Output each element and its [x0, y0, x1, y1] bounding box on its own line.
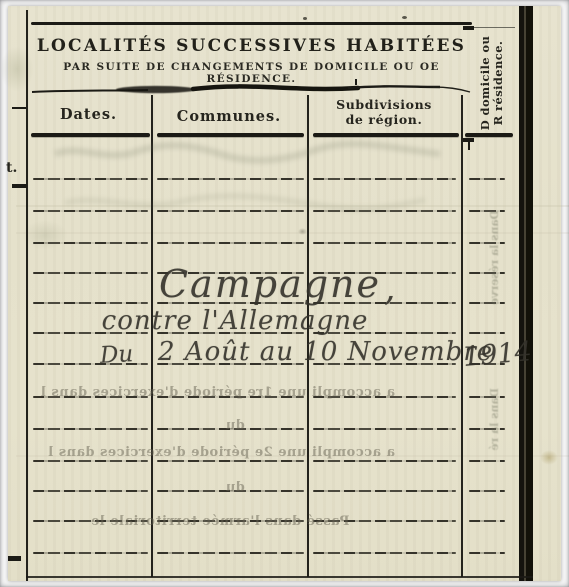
- row-rule: [33, 552, 148, 554]
- margin-tick: [12, 184, 27, 188]
- row-rule: [469, 490, 505, 492]
- row-rule: [313, 552, 456, 554]
- margin-mark: t.: [6, 160, 17, 176]
- row-rule: [33, 490, 148, 492]
- side-header-bracket-hook: [468, 141, 470, 150]
- margin-tick: [12, 107, 26, 109]
- scanned-document: t. LOCALITÉS SUCCESSIVES HABITÉES PAR SU…: [0, 0, 569, 587]
- side-header-rule-top: [463, 27, 515, 28]
- handwritten-year: 1914: [462, 336, 533, 373]
- row-rule: [33, 272, 148, 274]
- margin-tick: [8, 556, 21, 561]
- page-title: LOCALITÉS SUCCESSIVES HABITÉES: [31, 36, 472, 56]
- page-fold-band: [519, 6, 533, 581]
- row-rule: [469, 552, 505, 554]
- handwritten-flourish: ,: [384, 268, 395, 309]
- ink-stain: [540, 450, 558, 465]
- scan-streak: [16, 232, 569, 234]
- side-column-header-line2: R résidence.: [492, 23, 505, 143]
- row-rule: [469, 332, 505, 334]
- side-column-header: D domicile ou R résidence.: [479, 23, 505, 143]
- header-underline-side: [465, 133, 513, 137]
- bleedthrough-cursive-smear: [50, 136, 450, 170]
- bleedthrough-side2: Dans la ré: [488, 388, 501, 451]
- bleedthrough-row5: Passé dans l'armée territoriale le: [70, 514, 370, 529]
- handwritten-campaign-line1: Campagne: [150, 262, 390, 306]
- row-rule: [469, 520, 505, 522]
- row-rule: [313, 460, 456, 462]
- row-rule: [33, 428, 148, 430]
- row-rule: [313, 242, 456, 244]
- row-rule: [469, 178, 505, 180]
- handwritten-date-range: 2 Août au 10 Novembre: [158, 337, 463, 367]
- row-rule: [313, 178, 456, 180]
- row-rule: [33, 178, 148, 180]
- table-bottom-border: [26, 576, 533, 578]
- bleedthrough-cursive-smear: [60, 188, 430, 218]
- row-rule: [313, 490, 456, 492]
- column-divider-subdivisions-side: [461, 95, 463, 577]
- row-rule: [157, 460, 304, 462]
- bleedthrough-row1: a accompli une 1re période d'exercices d…: [55, 385, 395, 400]
- row-rule: [469, 460, 505, 462]
- row-rule: [157, 242, 304, 244]
- row-rule: [157, 178, 304, 180]
- ink-stain: [22, 220, 68, 250]
- bleedthrough-side1: Dans la réserve: [488, 210, 501, 305]
- header-top-rule: [31, 22, 472, 25]
- bleedthrough-row3: a accompli une 2e période d'exercices da…: [55, 445, 395, 460]
- handwritten-campaign-line2: contre l'Allemagne: [100, 306, 370, 336]
- column-header-subdivisions-line2: de région.: [307, 112, 461, 127]
- ink-speck: [303, 17, 307, 20]
- column-header-dates: Dates.: [26, 106, 151, 123]
- column-header-communes: Communes.: [151, 108, 307, 125]
- bleedthrough-row4: du: [195, 480, 275, 495]
- row-rule: [33, 460, 148, 462]
- ink-speck: [402, 16, 407, 19]
- handwritten-date-prefix: Du: [99, 341, 134, 369]
- bleedthrough-row2: du: [195, 418, 275, 433]
- row-rule: [33, 242, 148, 244]
- row-rule: [33, 302, 148, 304]
- row-rule: [157, 552, 304, 554]
- column-header-subdivisions: Subdivisions de région.: [307, 97, 461, 127]
- row-rule: [313, 428, 456, 430]
- column-header-subdivisions-line1: Subdivisions: [307, 97, 461, 112]
